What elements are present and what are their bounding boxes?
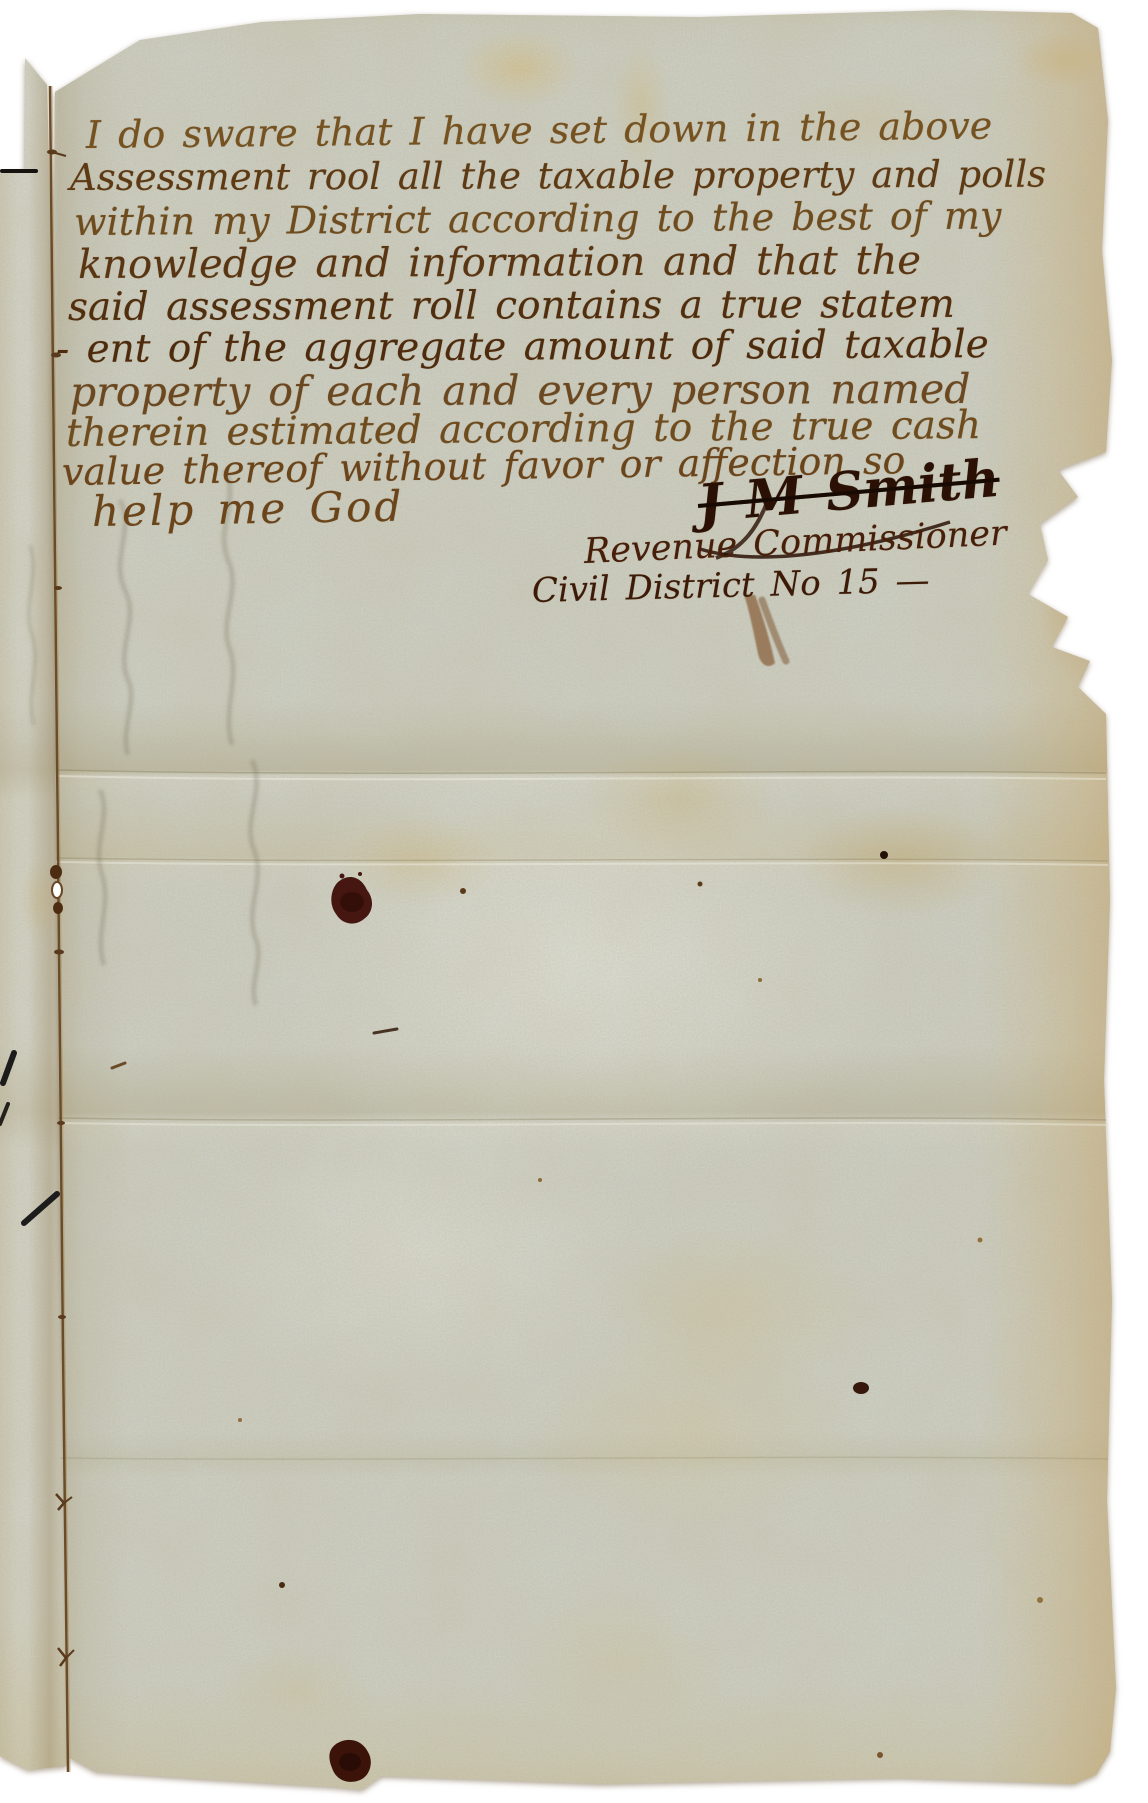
oath-text: I do sware that I have set down in the a… [0,0,1148,1803]
district-line: Civil District No 15 — [532,562,931,610]
oath-line: Assessment rool all the taxable property… [70,154,1046,199]
oath-line: within my District according to the best… [74,195,1002,244]
oath-line: I do sware that I have set down in the a… [86,105,993,157]
oath-line: knowledge and information and that the [78,239,921,288]
scan-background: I do sware that I have set down in the a… [0,0,1148,1803]
oath-line: help me God [92,483,405,535]
